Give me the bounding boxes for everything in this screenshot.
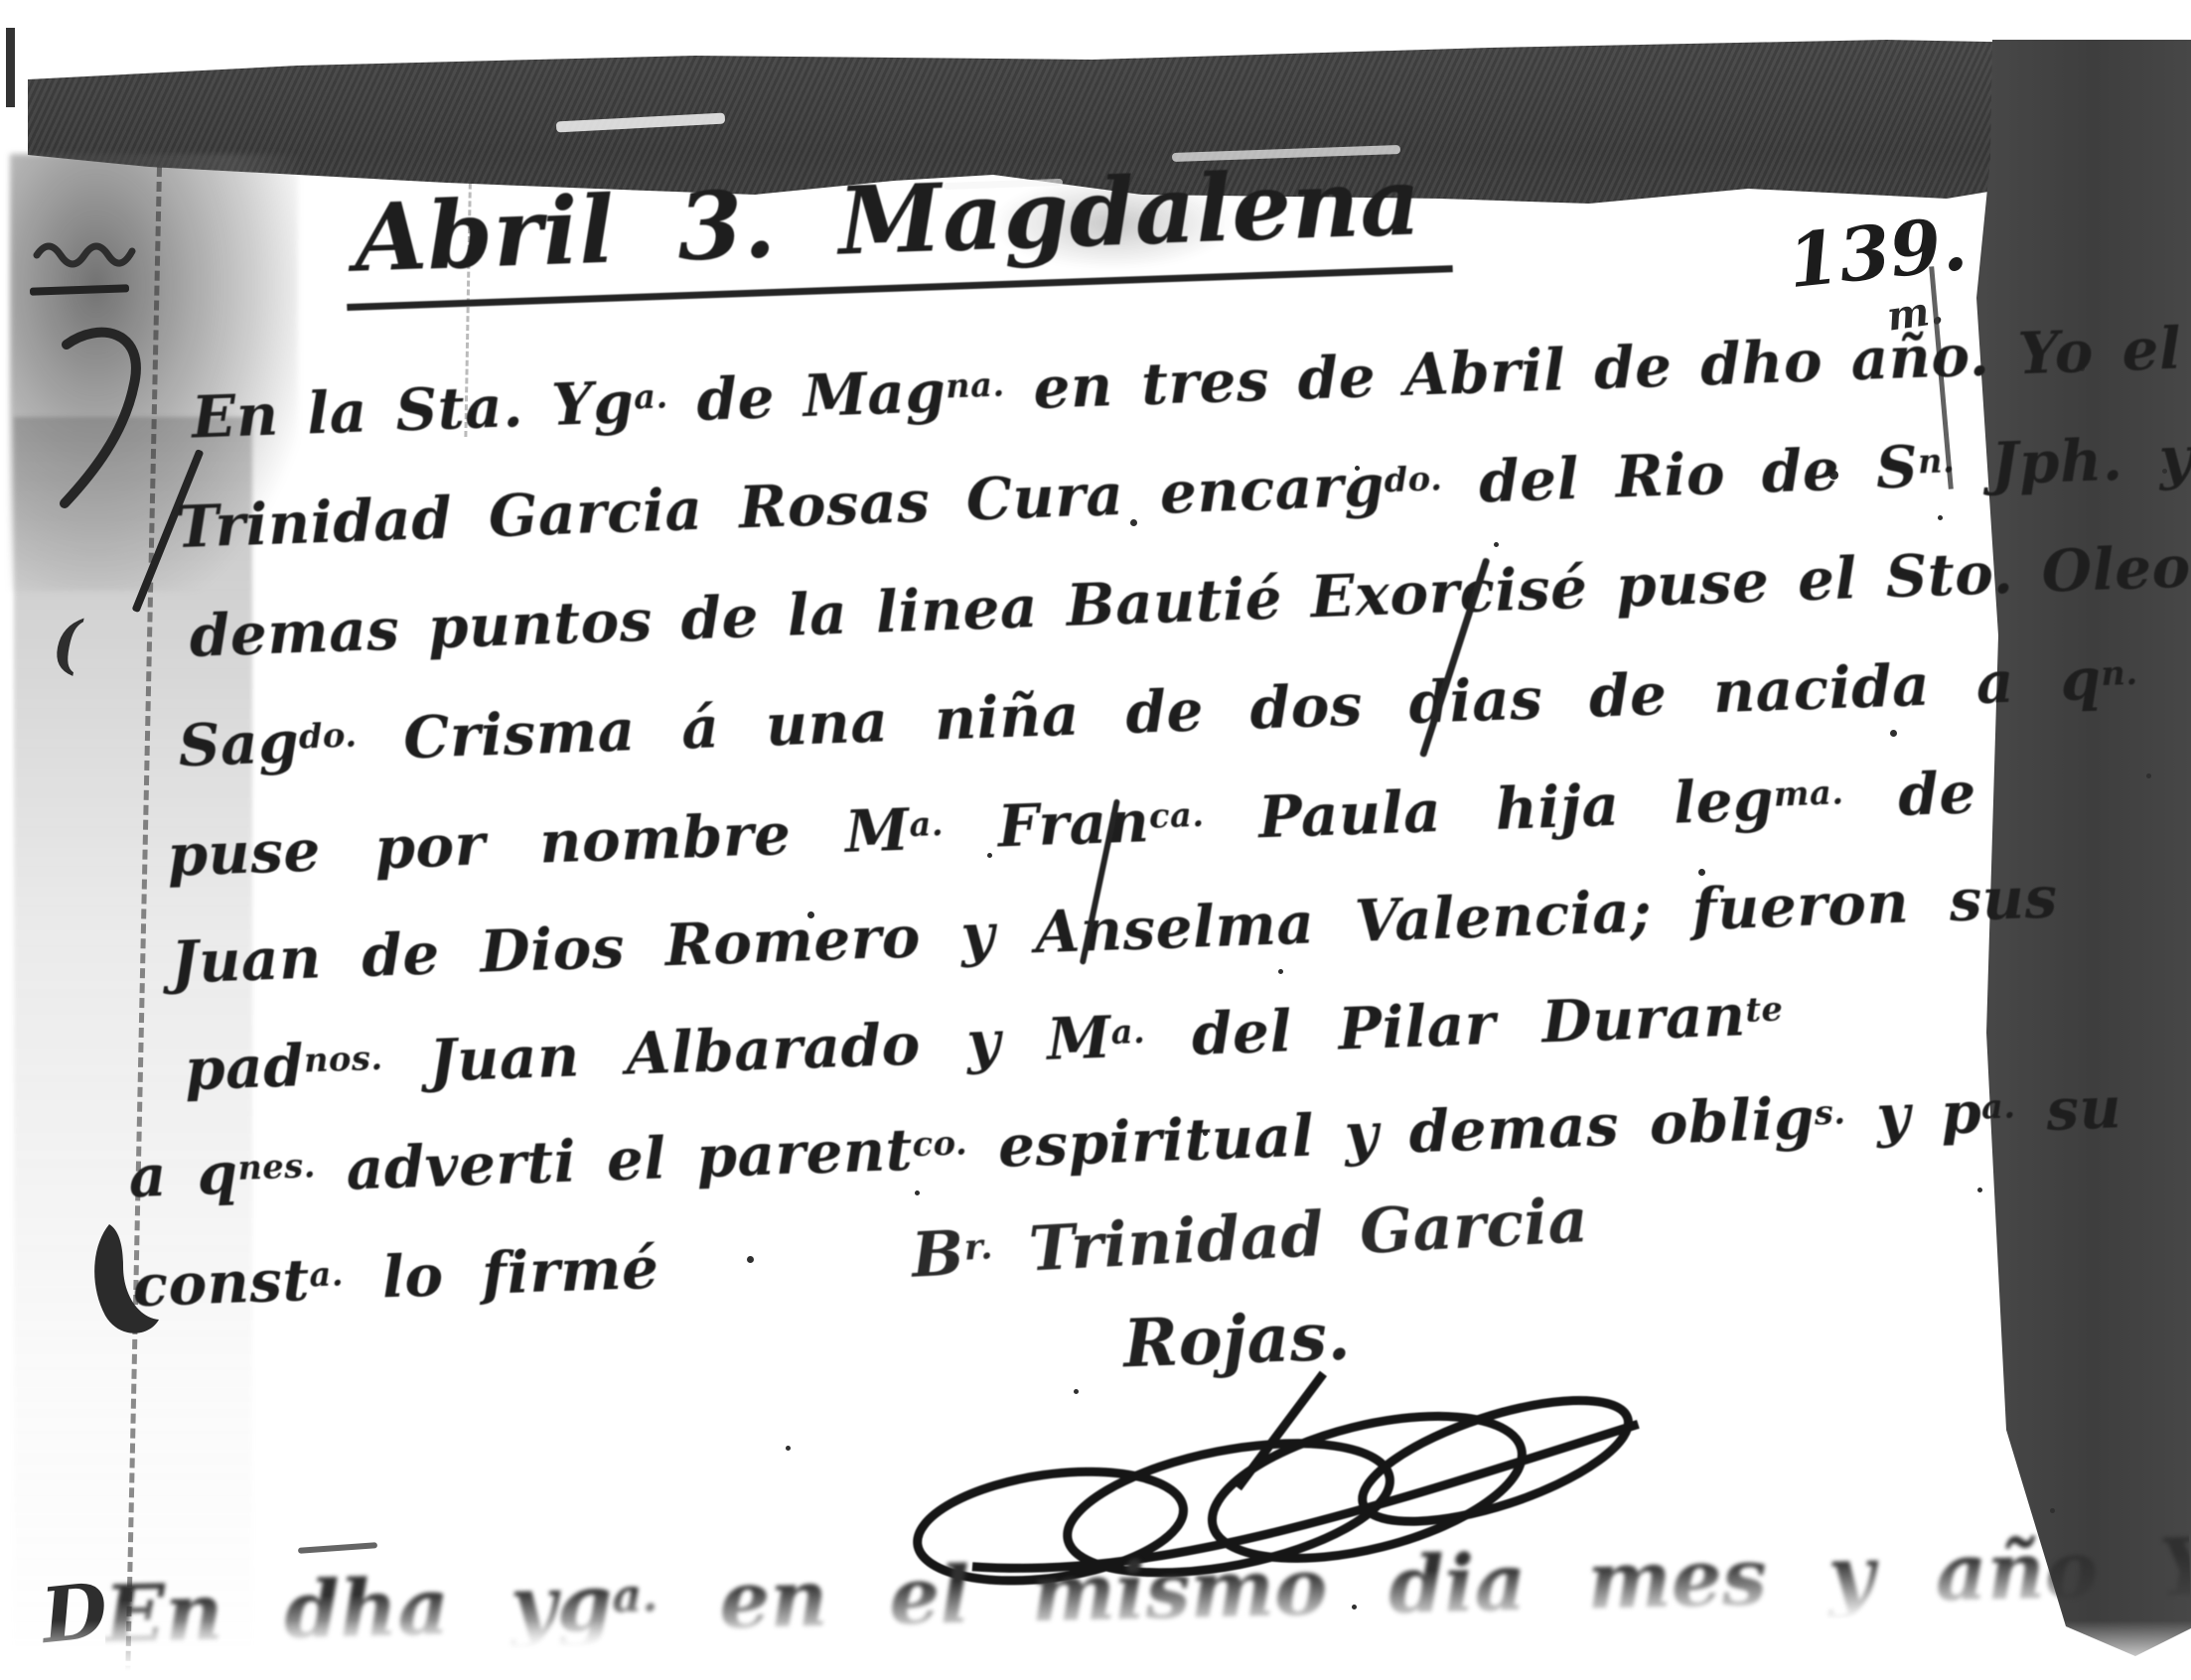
record-line-7: padnos. Juan Albarado y Ma. del Pilar Du… (184, 980, 1785, 1103)
record-line-6: Juan de Dios Romero y Anselma Valencia; … (170, 863, 2059, 996)
scanned-baptismal-record-page: ( D 139. m. Abril 3. Magdalena En la Sta… (0, 0, 2191, 1680)
scan-bottom-fade (0, 1620, 2191, 1680)
record-line-4: Sagdo. Crisma á una niña de dos dias de … (177, 643, 2138, 779)
page-left-edge (6, 28, 15, 107)
record-text-block: Abril 3. Magdalena En la Sta. Yga. de Ma… (89, 121, 2085, 1628)
margin-fragment: ( (52, 608, 81, 682)
record-line-2: Trinidad Garcia Rosas Cura encargdo. del… (175, 423, 2191, 561)
record-line-1: En la Sta. Yga. de Magna. en tres de Abr… (191, 310, 2191, 451)
record-line-5: puse por nombre Ma. Franca. Paula hija l… (166, 759, 1976, 890)
record-line-3: demas puntos de la linea Bautié Exorcisé… (189, 530, 2191, 670)
record-line-9: consta. lo firmé (131, 1234, 659, 1320)
signature-name: Br. Trinidad Garcia (910, 1184, 1590, 1292)
